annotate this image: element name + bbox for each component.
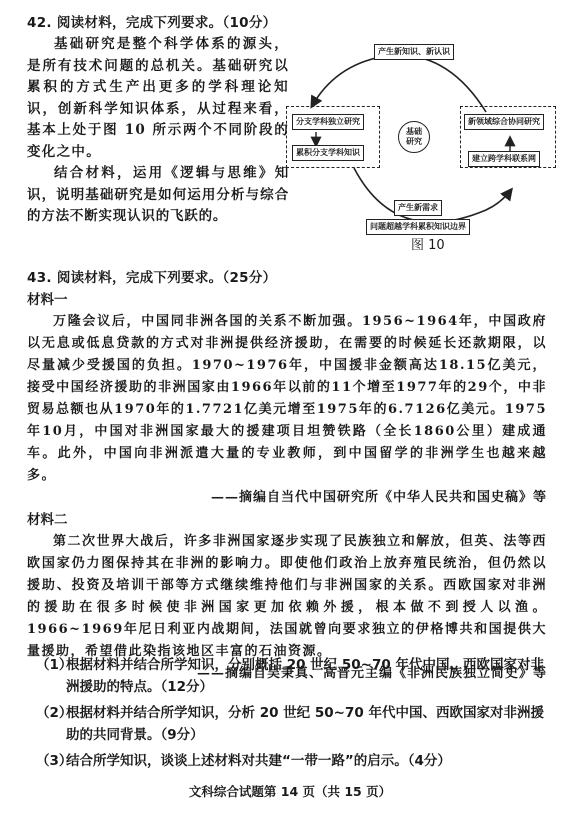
box-branch-research: 分支学科独立研究	[292, 114, 364, 130]
material-1-source: ——摘编自当代中国研究所《中华人民共和国史稿》等	[27, 487, 547, 509]
q42-heading: 42. 阅读材料，完成下列要求。（10分）	[27, 12, 289, 34]
material-1-text: 万隆会议后，中国同非洲各国的关系不断加强。1956~1964年，中国政府以无息或…	[27, 311, 547, 487]
material-2-text: 第二次世界大战后，许多非洲国家逐步实现了民族独立和解放，但英、法等西欧国家仍力图…	[27, 531, 547, 663]
sub-question-3: （3） 结合所学知识，谈谈上述材料对共建“一带一路”的启示。（4分）	[36, 750, 556, 772]
center-basic-research: 基础研究	[398, 121, 430, 153]
figure-10-diagram: 产生新知识、新认识 分支学科独立研究 累积分支学科知识 基础研究 新领域综合协同…	[286, 38, 556, 248]
box-new-knowledge: 产生新知识、新认识	[374, 44, 454, 60]
box-problem-boundary: 问题超越学科累积知识边界	[366, 219, 470, 235]
page-footer: 文科综合试题第 14 页（共 15 页）	[0, 782, 580, 800]
material-1-title: 材料一	[27, 289, 547, 311]
sub-question-1: （1） 根据材料并结合所学知识，分别概括 20 世纪 50~70 年代中国、西欧…	[36, 654, 556, 698]
q42-material: 基础研究是整个科学体系的源头，是所有技术问题的总机关。基础研究以累积的方式生产出…	[27, 34, 289, 163]
q43-sub-questions: （1） 根据材料并结合所学知识，分别概括 20 世纪 50~70 年代中国、西欧…	[36, 654, 556, 776]
box-new-demand: 产生新需求	[394, 200, 442, 216]
question-43: 43. 阅读材料，完成下列要求。（25分） 材料一 万隆会议后，中国同非洲各国的…	[27, 267, 547, 685]
q43-heading: 43. 阅读材料，完成下列要求。（25分）	[27, 267, 547, 289]
box-comprehensive-research: 新领域综合协同研究	[464, 114, 544, 130]
sub-question-2: （2） 根据材料并结合所学知识，分析 20 世纪 50~70 年代中国、西欧国家…	[36, 702, 556, 746]
figure-caption: 图 10	[411, 234, 445, 253]
material-2-title: 材料二	[27, 509, 547, 531]
box-cross-discipline-network: 建立跨学科联系网	[468, 151, 540, 167]
question-42: 42. 阅读材料，完成下列要求。（10分） 基础研究是整个科学体系的源头，是所有…	[27, 12, 289, 228]
q42-requirement: 结合材料，运用《逻辑与思维》知识，说明基础研究是如何运用分析与综合的方法不断实现…	[27, 163, 289, 228]
box-accumulate-knowledge: 累积分支学科知识	[292, 145, 364, 161]
